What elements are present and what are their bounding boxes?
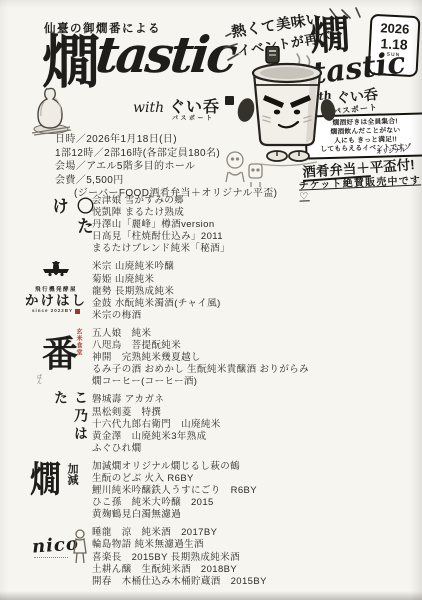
tokkuri-icon (28, 84, 74, 136)
sake-item: 黄麹鶴見白濁無濾過 (92, 509, 406, 521)
sake-item: 磐城壽 アカガネ (92, 394, 406, 406)
doodle-characters-icon (223, 146, 265, 188)
marutake-items: 会津娘 雪がすみの郷 悦凱陣 まるたけ熟成 丹澤山「麗峰」樽酒version 日… (92, 195, 406, 255)
sake-item: ふぐひれ燗 (92, 443, 406, 455)
konohata-logo-text: こ乃はた (50, 390, 90, 454)
sake-item: 生酛のどぶ 火入 R6BY (92, 473, 406, 485)
kakehashi-logo: 飛行機発酵屋 かけはし since 2022BY (20, 261, 92, 321)
venue-section-kakehashi: 飛行機発酵屋 かけはし since 2022BY 米宗 山廃純米吟醸 菊姫 山廃… (20, 261, 406, 321)
marutake-logo-text: 〇たけ (46, 197, 96, 255)
kakehashi-items: 米宗 山廃純米吟醸 菊姫 山廃純米 龍勢 長期熟成純米 金鼓 水酛純米濁酒(チャ… (92, 261, 406, 321)
sake-item: 菊姫 山廃純米 (92, 274, 406, 286)
kankagen-logo: 燗 加減 (20, 461, 92, 521)
title-kanji: 燗 (42, 33, 100, 91)
event-poster: 仙臺の御燗番による 燗 tastic with ぐい呑 パスポート 日時／202… (0, 0, 422, 600)
kankagen-kan-text: 燗 (30, 463, 61, 499)
kankagen-items: 加減燗オリジナル燗じるし萩の鶴 生酛のどぶ 火入 R6BY 鯉川純米吟醸鉄人うす… (92, 461, 406, 521)
sake-item: 会津娘 雪がすみの郷 (92, 195, 406, 207)
ban-furigana: ばん (36, 374, 43, 384)
konohata-items: 磐城壽 アカガネ 黒松剣菱 特撰 十六代九郎右衛門 山廃純米 黄金澤 山廃純米3… (92, 394, 406, 454)
sake-item: 開春 木桶仕込み木桶貯蔵酒 2015BY (92, 576, 406, 588)
nico-items: 睡龍 涼 純米酒 2017BY 輪島物語 純米無濾過生酒 喜楽長 2015BY … (92, 527, 406, 587)
venue-section-nico: nico 睡龍 涼 純米酒 2017BY 輪島物語 純米無濾過生酒 喜楽長 20… (20, 527, 406, 587)
person-icon (72, 529, 88, 565)
sake-item: 黄金澤 山廃純米3年熟成 (92, 431, 406, 443)
sake-item: 燗コーヒー(コーヒー酒) (92, 376, 406, 388)
sake-item: 八咫烏 菩提酛純米 (92, 340, 406, 352)
ban-items: 五人娘 純米 八咫烏 菩提酛純米 神開 完熟純米幾夏越し るみ子の酒 おめかし … (92, 328, 406, 388)
sake-item: 米宗 山廃純米吟醸 (92, 261, 406, 273)
konohata-logo: こ乃はた (20, 394, 92, 454)
kankagen-kagen-text: 加減 (66, 463, 78, 485)
sake-item: まるたけブレンド純米「秘酒」 (92, 243, 406, 255)
kakehashi-logo-text: かけはし (20, 293, 92, 308)
ban-logo-text: 番 (42, 336, 78, 372)
sake-item: 黒松剣菱 特撰 (92, 407, 406, 419)
sake-item: 丹澤山「麗峰」樽酒version (92, 219, 406, 231)
venue-section-ban: 玄米食堂 番 ばん 五人娘 純米 八咫烏 菩提酛純米 神開 完熟純米幾夏越し る… (20, 328, 406, 388)
venue-section-konohata: こ乃はた 磐城壽 アカガネ 黒松剣菱 特撰 十六代九郎右衛門 山廃純米 黄金澤 … (20, 394, 406, 454)
sake-item: 神開 完熟純米幾夏越し (92, 352, 406, 364)
marutake-logo: 〇たけ (20, 195, 92, 255)
nico-small-text-squiggle (34, 557, 68, 558)
sake-item: 龍勢 長期熟成純米 (92, 286, 406, 298)
title-with-label: with (133, 100, 164, 116)
sake-item: 米宗の梅酒 (92, 310, 406, 322)
sake-item: 十六代九郎右衛門 山廃純米 (92, 419, 406, 431)
nico-logo: nico (20, 527, 92, 587)
airplane-icon (43, 261, 69, 279)
sake-item: 日高見「柱焼酎仕込み」2011 (92, 231, 406, 243)
kakehashi-subtitle: 飛行機発酵屋 (20, 285, 92, 293)
sake-item: 加減燗オリジナル燗じるし萩の鶴 (92, 461, 406, 473)
sake-item: るみ子の酒 おめかし 生酛純米貴醸酒 おりがらみ (92, 364, 406, 376)
kakehashi-since: since 2022BY (20, 308, 92, 313)
sake-item: 金鼓 水酛純米濁酒(チャイ風) (92, 298, 406, 310)
sake-item: 睡龍 涼 純米酒 2017BY (92, 527, 406, 539)
venue-section-kankagen: 燗 加減 加減燗オリジナル燗じるし萩の鶴 生酛のどぶ 火入 R6BY 鯉川純米吟… (20, 461, 406, 521)
sake-item: 鯉川純米吟醸鉄人うすにごり R6BY (92, 485, 406, 497)
sake-item: 五人娘 純米 (92, 328, 406, 340)
red-seal-icon (75, 309, 80, 314)
sake-item: 悦凱陣 まるたけ熟成 (92, 207, 406, 219)
sake-item: ひこ孫 純米大吟醸 2015 (92, 497, 406, 509)
title-script: tastic (93, 30, 236, 80)
venue-section-marutake: 〇たけ 会津娘 雪がすみの郷 悦凱陣 まるたけ熟成 丹澤山「麗峰」樽酒versi… (20, 195, 406, 255)
ban-logo: 玄米食堂 番 ばん (20, 328, 92, 388)
sake-item: 土耕ん醸 生酛純米酒 2018BY (92, 564, 406, 576)
guinomi-passport-label: パスポート (172, 113, 215, 122)
sake-item: 輪島物語 純米無濾過生酒 (92, 539, 406, 551)
sake-item: 喜楽長 2015BY 長期熟成純米酒 (92, 552, 406, 564)
sake-list: 〇たけ 会津娘 雪がすみの郷 悦凱陣 まるたけ熟成 丹澤山「麗峰」樽酒versi… (20, 195, 406, 594)
